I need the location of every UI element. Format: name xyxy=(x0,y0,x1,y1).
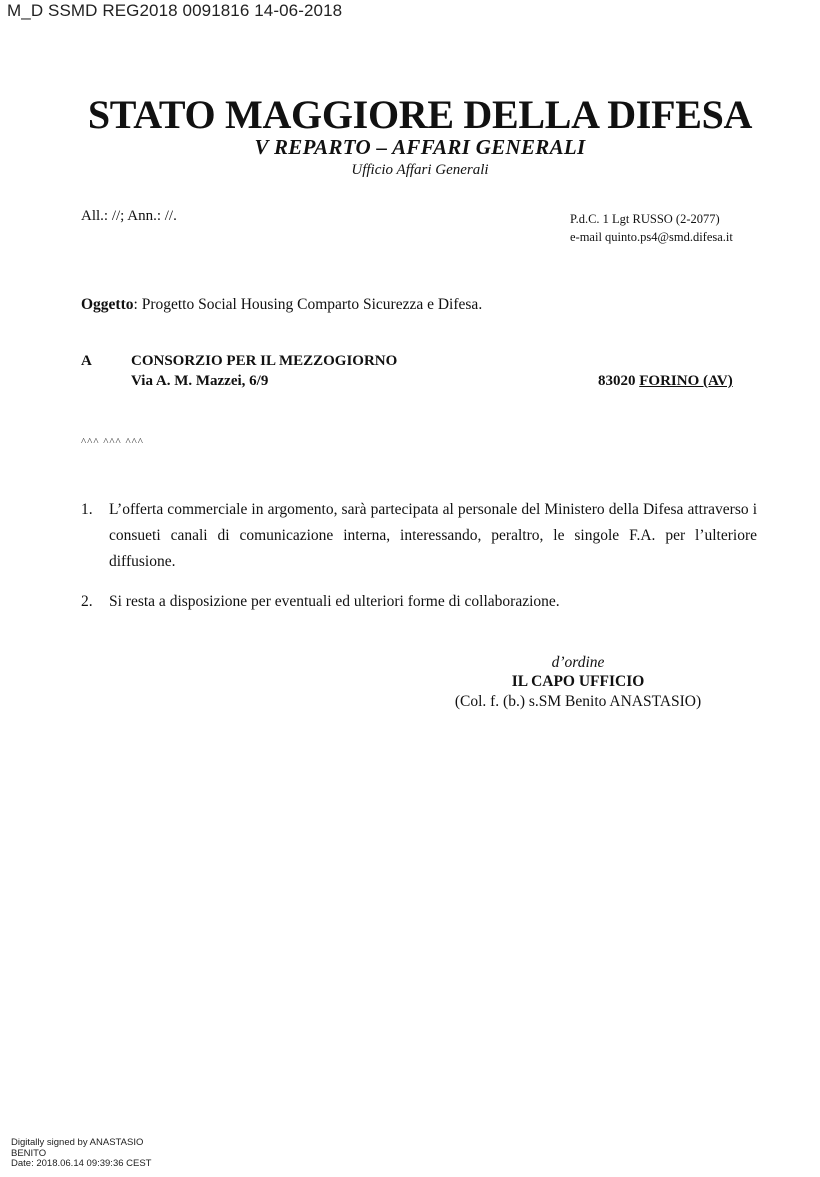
digital-signature-date: Date: 2018.06.14 09:39:36 CEST xyxy=(11,1159,152,1170)
protocol-stamp: M_D SSMD REG2018 0091816 14-06-2018 xyxy=(7,1,342,21)
paragraph-1: 1. L’offerta commerciale in argomento, s… xyxy=(81,497,757,575)
paragraph-text: Si resta a disposizione per eventuali ed… xyxy=(109,589,757,615)
signature-role: IL CAPO UFFICIO xyxy=(440,673,716,691)
subject-text: Progetto Social Housing Comparto Sicurez… xyxy=(142,296,483,313)
attachments-line: All.: //; Ann.: //. xyxy=(81,208,177,225)
recipient-city: FORINO (AV) xyxy=(639,373,732,389)
subject-separator: : xyxy=(134,296,142,313)
paragraph-number: 1. xyxy=(81,497,93,523)
recipient-name: CONSORZIO PER IL MEZZOGIORNO xyxy=(131,353,397,370)
recipient-street: Via A. M. Mazzei, 6/9 xyxy=(131,373,268,390)
paragraph-text: L’offerta commerciale in argomento, sarà… xyxy=(109,497,757,575)
recipient-prefix: A xyxy=(81,353,92,370)
department-subtitle: V REPARTO – AFFARI GENERALI xyxy=(0,135,820,160)
recipient-postal-code: 83020 xyxy=(598,373,636,389)
contact-email: e-mail quinto.ps4@smd.difesa.it xyxy=(570,228,733,246)
subject-label: Oggetto xyxy=(81,296,134,313)
contact-block: P.d.C. 1 Lgt RUSSO (2-2077) e-mail quint… xyxy=(570,210,733,246)
paragraph-number: 2. xyxy=(81,589,93,615)
recipient-city-line: 83020 FORINO (AV) xyxy=(598,373,733,390)
document-title: STATO MAGGIORE DELLA DIFESA xyxy=(0,91,820,138)
digital-signature-line: Digitally signed by ANASTASIO xyxy=(11,1138,152,1149)
office-name: Ufficio Affari Generali xyxy=(0,162,820,179)
subject-line: Oggetto: Progetto Social Housing Compart… xyxy=(81,296,482,314)
signature-order: d’ordine xyxy=(440,654,716,672)
contact-pdc: P.d.C. 1 Lgt RUSSO (2-2077) xyxy=(570,210,733,228)
digital-signature: Digitally signed by ANASTASIOBENITODate:… xyxy=(11,1138,152,1170)
paragraph-2: 2. Si resta a disposizione per eventuali… xyxy=(81,589,757,615)
section-separator: ^^^ ^^^ ^^^ xyxy=(81,436,144,448)
signature-name: (Col. f. (b.) s.SM Benito ANASTASIO) xyxy=(440,693,716,711)
